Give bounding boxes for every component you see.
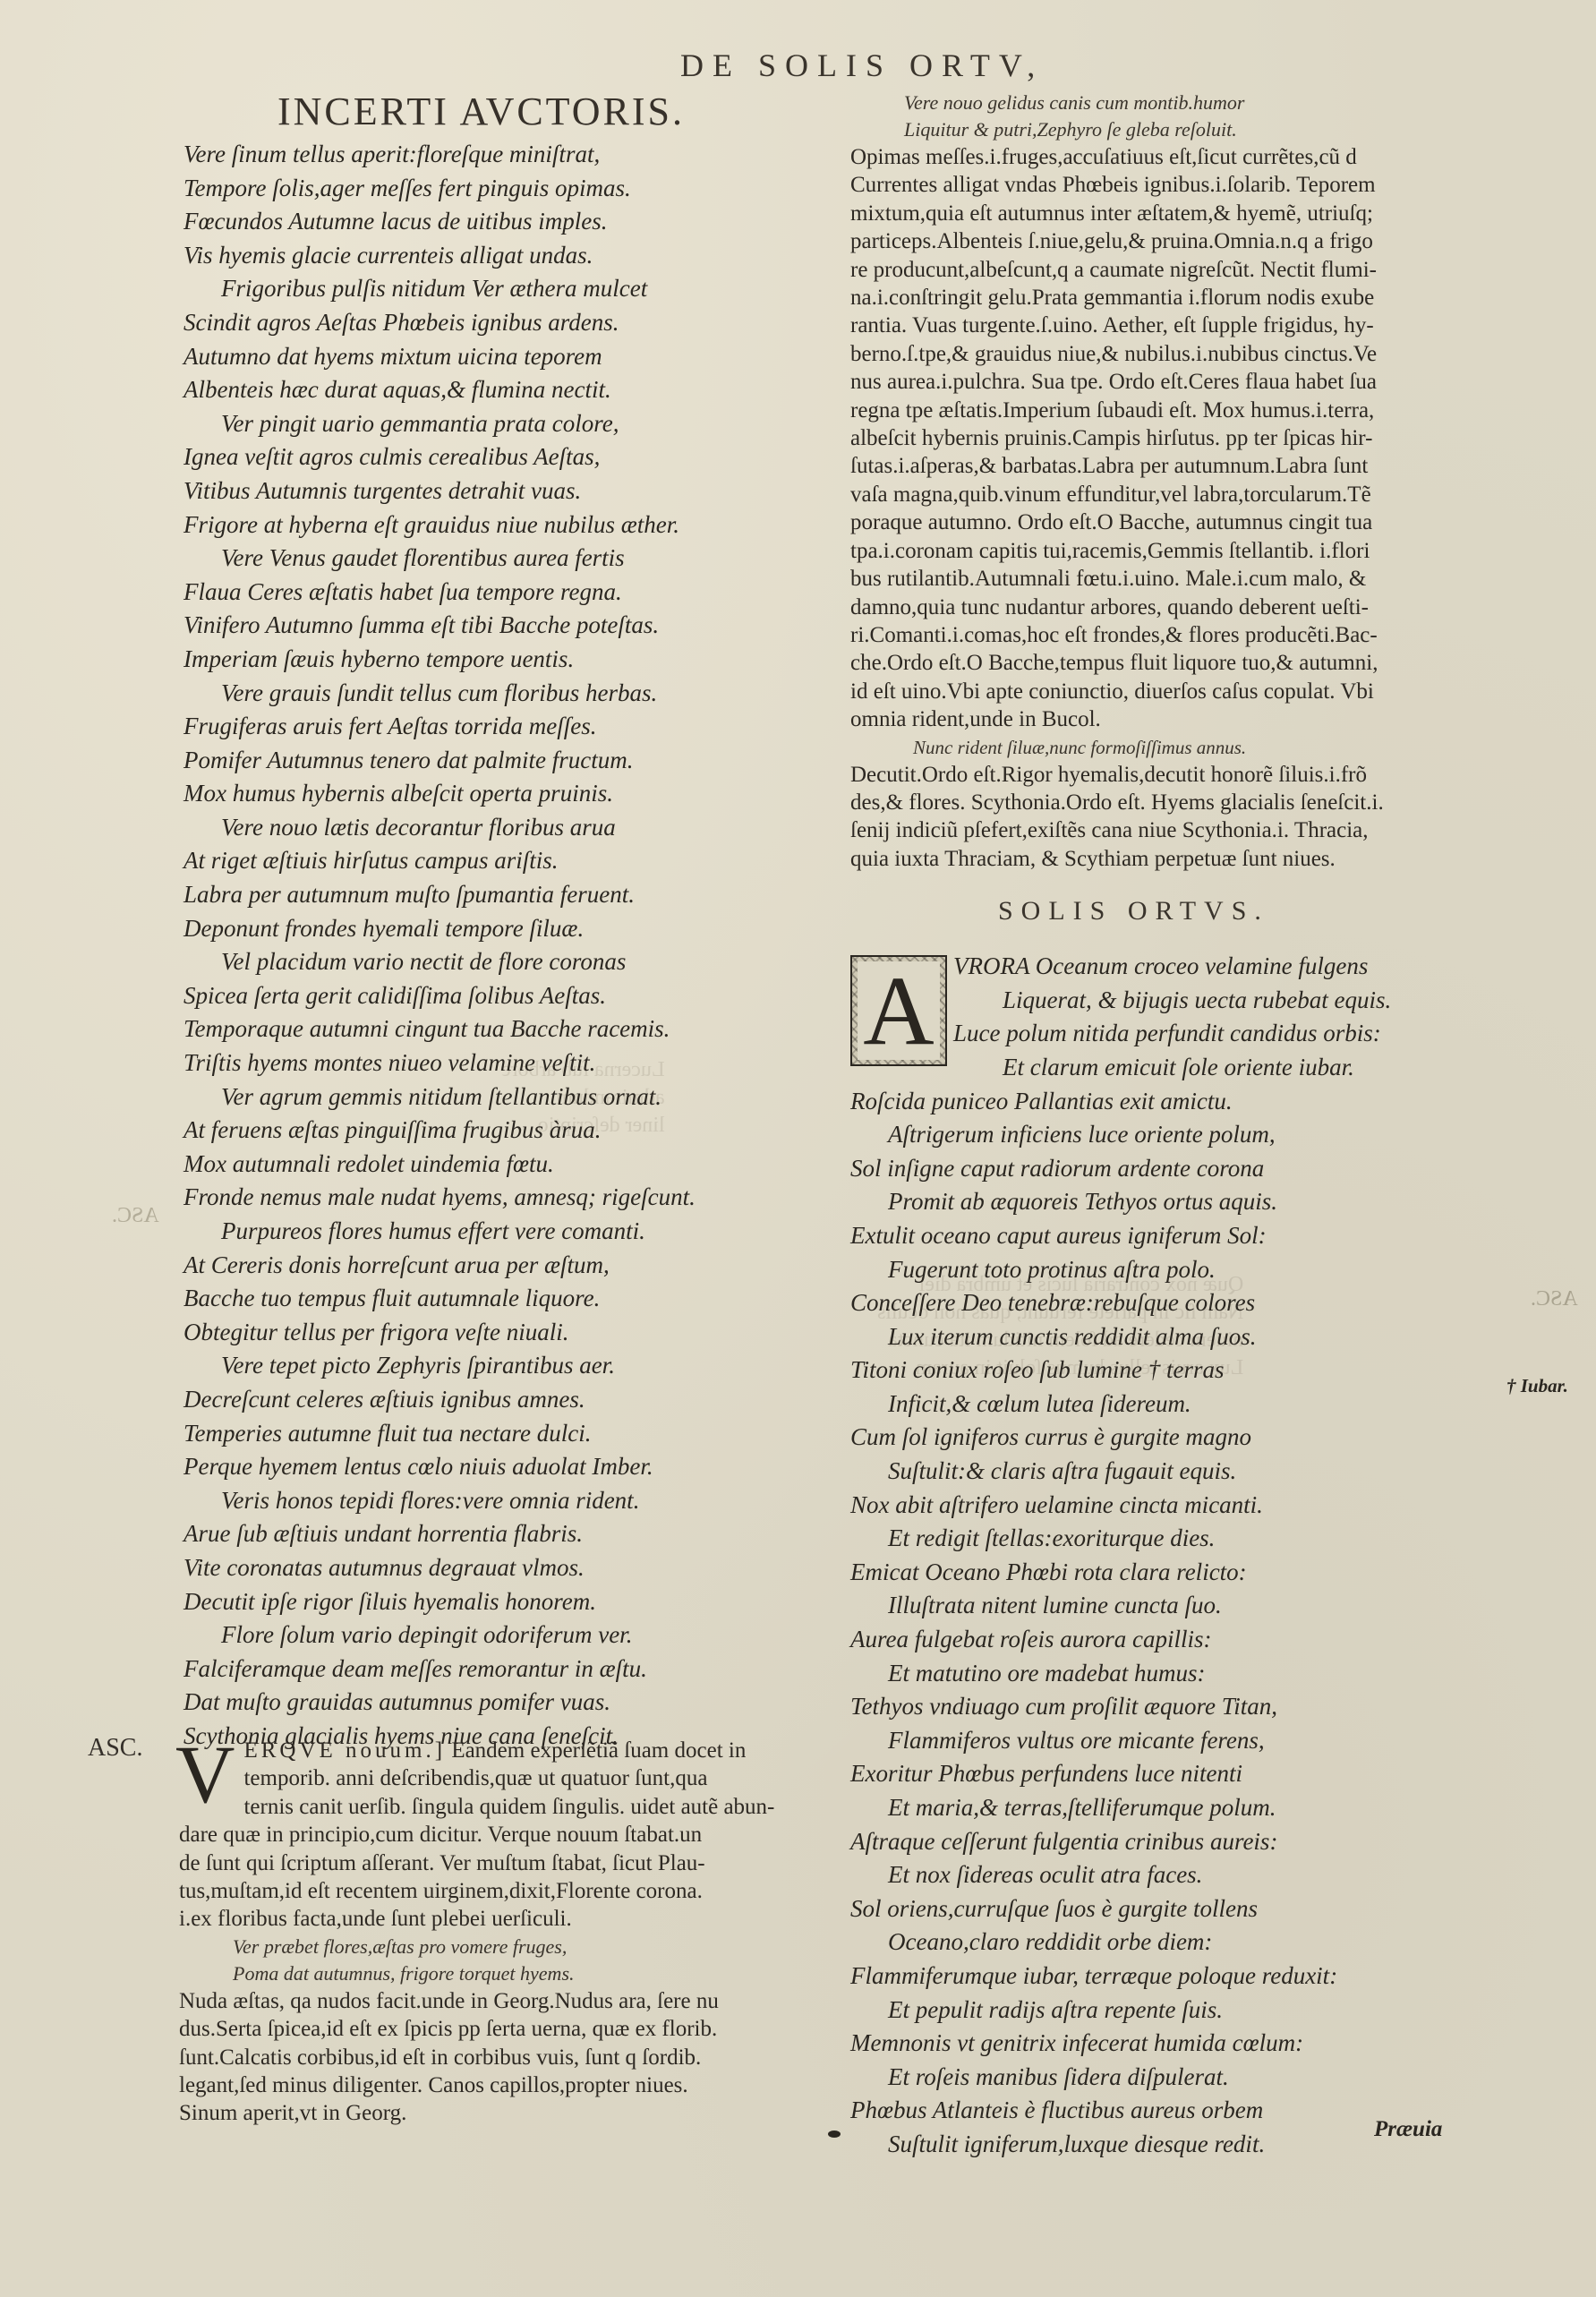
commentary-line: ſunt.Calcatis corbibus,id eſt in corbibu… bbox=[179, 2044, 832, 2071]
commentary-line: ſenij indiciũ pſefert,exiſtẽs cana niue … bbox=[850, 816, 1468, 844]
commentary-line: Currentes alligat vndas Phœbeis ignibus.… bbox=[850, 171, 1468, 199]
lemma: ERQVE nouum.] bbox=[243, 1738, 446, 1763]
commentary-lines: temporib. anni deſcribendis,quæ ut quatu… bbox=[179, 1764, 832, 1933]
right-column: Vere nouo gelidus canis cum montib.humor… bbox=[850, 90, 1468, 2162]
verse-line: Labra per autumnum muſto ſpumantia ferue… bbox=[183, 878, 810, 912]
verse-line: Frugiferas aruis fert Aeſtas torrida meſ… bbox=[183, 710, 810, 744]
commentary-line: damno,quia tunc nudantur arbores, quando… bbox=[850, 593, 1468, 621]
verse-line: Flaua Ceres æſtatis habet ſua tempore re… bbox=[183, 576, 810, 610]
verse-line: Oceano,claro reddidit orbe diem: bbox=[850, 1926, 1468, 1960]
bucolic-quote: Nunc rident ſiluæ,nunc formoſiſſimus ann… bbox=[850, 734, 1468, 761]
verse-line: Et matutino ore madebat humus: bbox=[850, 1657, 1468, 1691]
verse-line: Temporaque autumni cingunt tua Bacche ra… bbox=[183, 1012, 810, 1046]
show-through-marginal: ASC. bbox=[1531, 1287, 1578, 1311]
verse-line: Vere nouo lætis decorantur floribus arua bbox=[183, 811, 810, 845]
verse-line: Suſtulit:& claris aſtra fugauit equis. bbox=[850, 1455, 1468, 1489]
quotation-line: Vere nouo gelidus canis cum montib.humor bbox=[850, 90, 1468, 116]
verse-line: Ignea veſtit agros culmis cerealibus Aeſ… bbox=[183, 440, 810, 474]
verse-line: Inficit,& cœlum lutea ſidereum. bbox=[850, 1388, 1468, 1422]
commentary-lines-after: Nuda æſtas, qa nudos facit.unde in Georg… bbox=[179, 1987, 832, 2128]
verse-line: Sol inſigne caput radiorum ardente coron… bbox=[850, 1152, 1468, 1186]
verse-line: Mox humus hybernis albeſcit operta pruin… bbox=[183, 777, 810, 811]
verse-line: Decreſcunt celeres æſtiuis ignibus amnes… bbox=[183, 1383, 810, 1417]
commentary-line: mixtum,quia eſt autumnus inter æſtatem,&… bbox=[850, 200, 1468, 227]
verse-line: Fœcundos Autumne lacus de uitibus imples… bbox=[183, 205, 810, 239]
verse-line: Albenteis hæc durat aquas,& flumina nect… bbox=[183, 373, 810, 407]
verse-line: Fronde nemus male nudat hyems, amnesq; r… bbox=[183, 1181, 810, 1215]
verse-line: Vere ſinum tellus aperit:floreſque miniſ… bbox=[183, 138, 810, 172]
section-title-incerti-auctoris: INCERTI AVCTORIS. bbox=[277, 90, 810, 134]
verse-line: Perque hyemem lentus cœlo niuis aduolat … bbox=[183, 1450, 810, 1484]
verse-line: Autumno dat hyems mixtum uicina teporem bbox=[183, 340, 810, 374]
commentary-line: ri.Comanti.i.comas,hoc eſt frondes,& flo… bbox=[850, 621, 1468, 649]
commentary-line: omnia rident,unde in Bucol. bbox=[850, 705, 1468, 733]
dropcap-letter: A bbox=[858, 961, 939, 1060]
verse-line: Et nox ſidereas oculit atra faces. bbox=[850, 1858, 1468, 1892]
commentary-line: poraque autumno. Ordo eſt.O Bacche, autu… bbox=[850, 508, 1468, 536]
commentary-line: vaſa magna,quib.vinum effunditur,vel lab… bbox=[850, 481, 1468, 508]
commentary-line: bus rutilantib.Autumnali fœtu.i.uino. Ma… bbox=[850, 565, 1468, 593]
verse-line: Roſcida puniceo Pallantias exit amictu. bbox=[850, 1085, 1468, 1119]
verse-line: Frigore at hyberna eſt grauidus niue nub… bbox=[183, 508, 810, 542]
verse-line: Triſtis hyems montes niueo velamine veſt… bbox=[183, 1046, 810, 1080]
catchword: Præuia bbox=[1374, 2117, 1442, 2142]
commentary-line: quia iuxta Thraciam, & Scythiam perpetuæ… bbox=[850, 845, 1468, 873]
left-column: INCERTI AVCTORIS. Vere ſinum tellus aper… bbox=[183, 90, 810, 1754]
commentary-line: id eſt uino.Vbi apte coniunctio, diuerſo… bbox=[850, 678, 1468, 705]
commentary-line: che.Ordo eſt.O Bacche,tempus fluit liquo… bbox=[850, 649, 1468, 677]
ascensius-commentary: V ERQVE nouum.] Eandem experiẽtiã ſuam d… bbox=[179, 1737, 832, 2128]
verse-line: Imperiam ſæuis hyberno tempore uentis. bbox=[183, 643, 810, 677]
verse-line: Tempore ſolis,ager meſſes fert pinguis o… bbox=[183, 172, 810, 206]
quotation-line: Liquitur & putri,Zephyro ſe gleba reſolu… bbox=[850, 116, 1468, 143]
verse-line: Vere tepet picto Zephyris ſpirantibus ae… bbox=[183, 1349, 810, 1383]
verse-line: Temperies autumne fluit tua nectare dulc… bbox=[183, 1417, 810, 1451]
verse-line: Et pepulit radijs aſtra repente ſuis. bbox=[850, 1994, 1468, 2028]
verse-line: Spicea ſerta gerit calidiſſima ſolibus A… bbox=[183, 979, 810, 1013]
commentary-line: re producunt,albeſcunt,q a caumate nigre… bbox=[850, 256, 1468, 284]
verse-line: Flore ſolum vario depingit odoriferum ve… bbox=[183, 1618, 810, 1652]
commentary-line: na.i.conſtringit gelu.Prata gemmantia i.… bbox=[850, 284, 1468, 312]
commentary-line: Decutit.Ordo eſt.Rigor hyemalis,decutit … bbox=[850, 761, 1468, 789]
verse-line: At feruens æſtas pinguiſſima frugibus àr… bbox=[183, 1114, 810, 1148]
commentary-line: tpa.i.coronam capitis tui,racemis,Gemmis… bbox=[850, 537, 1468, 565]
commentary-line: legant,ſed minus diligenter. Canos capil… bbox=[179, 2071, 832, 2099]
verse-line: Aſtrigerum inficiens luce oriente polum, bbox=[850, 1118, 1468, 1152]
verse-line: Arue ſub æſtiuis undant horrentia flabri… bbox=[183, 1517, 810, 1551]
verse-line: Falciferamque deam meſſes remorantur in … bbox=[183, 1652, 810, 1686]
verse-line: At riget æſtiuis hirſutus campus ariſtis… bbox=[183, 844, 810, 878]
verse-line: Et redigit ſtellas:exoriturque dies. bbox=[850, 1522, 1468, 1556]
verse-line: Sol oriens,curruſque ſuos è gurgite toll… bbox=[850, 1892, 1468, 1926]
verse-line: Vel placidum vario nectit de flore coron… bbox=[183, 945, 810, 979]
commentary-line: berno.ſ.tpe,& grauidus niue,& nubilus.i.… bbox=[850, 340, 1468, 368]
verse-line: Titoni coniux roſeo ſub lumine † terras bbox=[850, 1353, 1468, 1388]
commentary-line: i.ex floribus facta,unde ſunt plebei uer… bbox=[179, 1905, 832, 1933]
verse-line: Purpureos flores humus effert vere coman… bbox=[183, 1215, 810, 1249]
solis-ortus-poem: A VRORA Oceanum croceo velamine fulgensL… bbox=[850, 950, 1468, 2161]
verse-line: Flammiferumque iubar, terræque poloque r… bbox=[850, 1960, 1468, 1994]
commentary-lines-2: Decutit.Ordo eſt.Rigor hyemalis,decutit … bbox=[850, 761, 1468, 874]
commentary-line: regna tpe æſtatis.Imperium ſubaudi eſt. … bbox=[850, 397, 1468, 424]
verse-line: Tethyos vndiuago cum proſilit æquore Tit… bbox=[850, 1690, 1468, 1724]
verse-line: Vitibus Autumnis turgentes detrahit vuas… bbox=[183, 474, 810, 508]
quotation-line: Ver præbet flores,æſtas pro vomere fruge… bbox=[179, 1934, 832, 1960]
verse-line: Deponunt frondes hyemali tempore ſiluæ. bbox=[183, 912, 810, 946]
marginal-note-iubar: † Iubar. bbox=[1506, 1375, 1568, 1397]
verse-line: Et roſeis manibus ſidera diſpulerat. bbox=[850, 2061, 1468, 2095]
commentary-line: des,& flores. Scythonia.Ordo eſt. Hyems … bbox=[850, 789, 1468, 816]
verse-line: Et maria,& terras,ſtelliferumque polum. bbox=[850, 1791, 1468, 1825]
verse-line: Veris honos tepidi flores:vere omnia rid… bbox=[183, 1484, 810, 1518]
running-head: DE SOLIS ORTV, bbox=[680, 47, 1044, 84]
verse-line: Aurea fulgebat roſeis aurora capillis: bbox=[850, 1623, 1468, 1657]
verse-line: Vere Venus gaudet florentibus aurea fert… bbox=[183, 542, 810, 576]
poem-lines: Roſcida puniceo Pallantias exit amictu.A… bbox=[850, 1085, 1468, 2162]
commentary-line: ſutas.i.aſperas,& barbatas.Labra per aut… bbox=[850, 452, 1468, 480]
verse-line: Dat muſto grauidas autumnus pomifer vuas… bbox=[183, 1686, 810, 1720]
verse-line: Obtegitur tellus per frigora veſte niual… bbox=[183, 1316, 810, 1350]
verse-line: Flammiferos vultus ore micante ferens, bbox=[850, 1724, 1468, 1758]
dropcap-v: V bbox=[175, 1740, 235, 1808]
verse-line: Vis hyemis glacie currenteis alligat und… bbox=[183, 239, 810, 273]
commentary-line: Sinum aperit,vt in Georg. bbox=[179, 2099, 832, 2127]
commentary-line: dare quæ in principio,cum dicitur. Verqu… bbox=[179, 1821, 832, 1849]
verse-line: Vinifero Autumno ſumma eſt tibi Bacche p… bbox=[183, 609, 810, 643]
commentary-line: tus,muſtam,id eſt recentem uirginem,dixi… bbox=[179, 1877, 832, 1905]
show-through-marginal: ASC. bbox=[112, 1204, 159, 1228]
opening-quote: Vere nouo gelidus canis cum montib.humor… bbox=[850, 90, 1468, 143]
verse-line: Cum ſol igniferos currus è gurgite magno bbox=[850, 1421, 1468, 1455]
verse-line: Illuſtrata nitent lumine cuncta ſuo. bbox=[850, 1589, 1468, 1623]
quotation-line: Poma dat autumnus, frigore torquet hyems… bbox=[179, 1960, 832, 1987]
verse-line: Extulit oceano caput aureus igniferum So… bbox=[850, 1219, 1468, 1253]
verse-line: Memnonis vt genitrix infecerat humida cœ… bbox=[850, 2027, 1468, 2061]
verse-line: Promit ab æquoreis Tethyos ortus aquis. bbox=[850, 1185, 1468, 1219]
verse-line: Decutit ipſe rigor ſiluis hyemalis honor… bbox=[183, 1585, 810, 1619]
verse-line: Lux iterum cunctis reddidit alma ſuos. bbox=[850, 1320, 1468, 1354]
verse-line: Scindit agros Aeſtas Phœbeis ignibus ard… bbox=[183, 306, 810, 340]
verse-line: Vere grauis ſundit tellus cum floribus h… bbox=[183, 677, 810, 711]
ink-blot bbox=[828, 2130, 841, 2138]
verse-line: Fugerunt toto protinus aſtra polo. bbox=[850, 1253, 1468, 1287]
commentary-line: rantia. Vuas turgente.ſ.uino. Aether, eſ… bbox=[850, 312, 1468, 339]
verse-line: Ver agrum gemmis nitidum ſtellantibus or… bbox=[183, 1080, 810, 1114]
commentary-lines: Opimas meſſes.i.fruges,accuſatiuus eſt,ſ… bbox=[850, 143, 1468, 734]
verse-list: Vere ſinum tellus aperit:floreſque miniſ… bbox=[183, 138, 810, 1754]
commentary-first-line: V ERQVE nouum.] Eandem experiẽtiã ſuam d… bbox=[179, 1737, 832, 1764]
verse-line: Bacche tuo tempus fluit autumnale liquor… bbox=[183, 1282, 810, 1316]
verse-line: Exoritur Phœbus perfundens luce nitenti bbox=[850, 1757, 1468, 1791]
commentary-line: Nuda æſtas, qa nudos facit.unde in Georg… bbox=[179, 1987, 832, 2015]
commentary-line: Opimas meſſes.i.fruges,accuſatiuus eſt,ſ… bbox=[850, 143, 1468, 171]
ornamental-dropcap-a: A bbox=[850, 955, 947, 1066]
verse-line: Conceſſere Deo tenebræ:rebuſque colores bbox=[850, 1286, 1468, 1320]
commentary-line: temporib. anni deſcribendis,quæ ut quatu… bbox=[179, 1764, 832, 1792]
verse-line: At Cereris donis horreſcunt arua per æſt… bbox=[183, 1249, 810, 1283]
commentary-line: albeſcit hybernis pruinis.Campis hirſutu… bbox=[850, 424, 1468, 452]
verse-line: Emicat Oceano Phœbi rota clara relicto: bbox=[850, 1556, 1468, 1590]
verse-line: Vite coronatas autumnus degrauat vlmos. bbox=[183, 1551, 810, 1585]
verse-line: Nox abit aſtrifero uelamine cincta mican… bbox=[850, 1489, 1468, 1523]
verse-line: Pomifer Autumnus tenero dat palmite fruc… bbox=[183, 744, 810, 778]
verse-line: Mox autumnali redolet uindemia fœtu. bbox=[183, 1148, 810, 1182]
commentary-text: Eandem experiẽtiã ſuam docet in bbox=[446, 1738, 746, 1763]
section-title-solis-ortus: SOLIS ORTVS. bbox=[998, 896, 1468, 926]
commentary-line: ternis canit uerſib. ſingula quidem ſing… bbox=[179, 1793, 832, 1821]
commentary-line: particeps.Albenteis ſ.niue,gelu,& pruina… bbox=[850, 227, 1468, 255]
commentary-line: de ſunt qui ſcriptum aſſerant. Ver muſtu… bbox=[179, 1849, 832, 1877]
quotation: Ver præbet flores,æſtas pro vomere fruge… bbox=[179, 1934, 832, 1987]
verse-line: Aſtraque ceſſerunt fulgentia crinibus au… bbox=[850, 1825, 1468, 1859]
verse-line: Ver pingit uario gemmantia prata colore, bbox=[183, 407, 810, 441]
marginal-note-asc: ASC. bbox=[88, 1734, 142, 1763]
verse-line: Frigoribus pulſis nitidum Ver æthera mul… bbox=[183, 272, 810, 306]
commentary-line: dus.Serta ſpicea,id eſt ex ſpicis pp ſer… bbox=[179, 2015, 832, 2043]
commentary-line: nus aurea.i.pulchra. Sua tpe. Ordo eſt.C… bbox=[850, 368, 1468, 396]
